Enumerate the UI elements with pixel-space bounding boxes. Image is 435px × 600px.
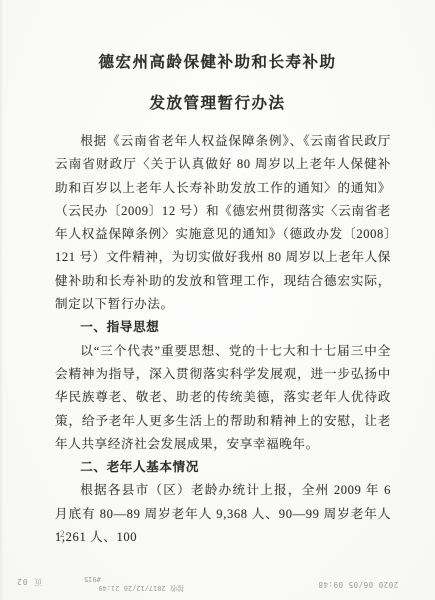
- fax-job-number: #915: [84, 574, 184, 583]
- document-title: 德宏州高龄保健补助和长寿补助 发放管理暂行办法: [0, 42, 435, 124]
- fax-receive-stamp: 接收 2017/12/26 21:49 #915: [84, 574, 184, 592]
- fax-page-label: 页 02: [16, 576, 42, 587]
- fax-timestamp: 2020 06/05 09:48: [318, 580, 398, 589]
- paragraph: 以“三个代表”重要思想、党的十七大和十七届三中全会精神为指导，深入贯彻落实科学发…: [55, 340, 391, 456]
- paragraph: 根据各县市（区）老龄办统计上报，全州 2009 年 6 月底有 80—89 周岁…: [55, 479, 391, 549]
- document-body: 根据《云南省老年人权益保障条例》、《云南省民政厅 云南省财政厅〈关于认真做好 8…: [55, 130, 391, 549]
- document-title-line1: 德宏州高龄保健补助和长寿补助: [0, 42, 435, 83]
- paragraph: 根据《云南省老年人权益保障条例》、《云南省民政厅 云南省财政厅〈关于认真做好 8…: [55, 130, 391, 316]
- section-heading: 一、指导思想: [55, 316, 391, 339]
- scanned-document-page: 德宏州高龄保健补助和长寿补助 发放管理暂行办法 根据《云南省老年人权益保障条例》…: [0, 0, 435, 600]
- document-title-line2: 发放管理暂行办法: [0, 83, 435, 124]
- page-number: -2-: [56, 529, 70, 539]
- section-heading: 二、老年人基本情况: [55, 456, 391, 479]
- fax-receive-datetime: 接收 2017/12/26 21:49: [84, 583, 184, 592]
